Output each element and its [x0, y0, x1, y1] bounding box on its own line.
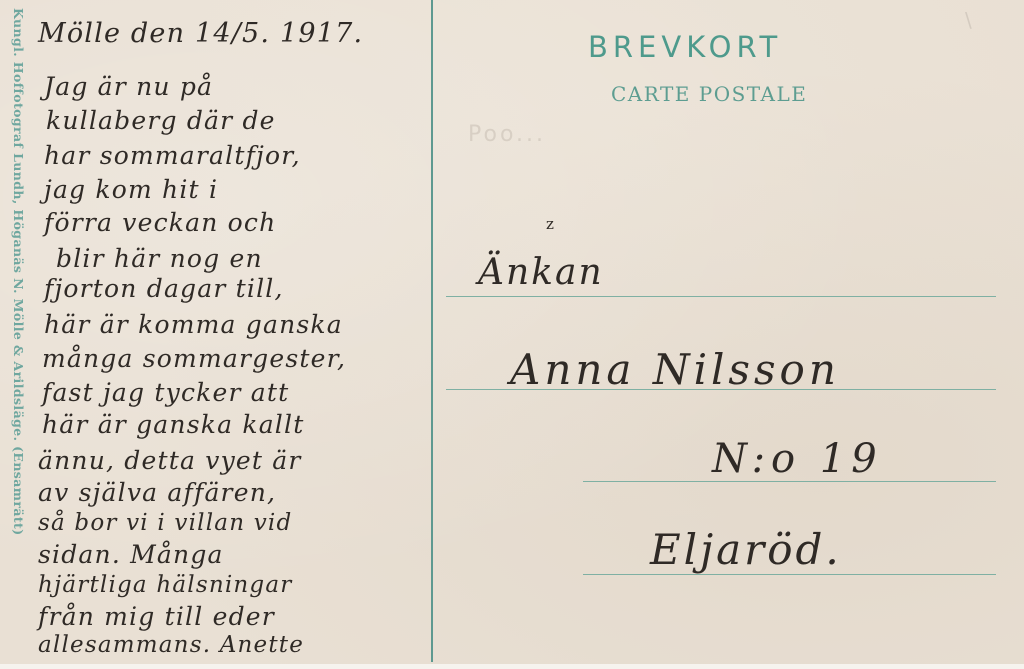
- message-line: så bor vi i villan vid: [38, 510, 292, 536]
- center-divider-line: [431, 0, 433, 662]
- address-line-2: Anna Nilsson: [510, 345, 840, 394]
- message-line: hjärtliga hälsningar: [38, 572, 292, 598]
- message-line: har sommaraltfjor,: [44, 141, 301, 170]
- message-line: här är komma ganska: [44, 310, 343, 339]
- message-line: här är ganska kallt: [42, 410, 304, 439]
- publisher-imprint: Kungl. Hoffotograf Lundh, Höganäs N. Möl…: [6, 8, 26, 648]
- address-line-1: Änkan: [478, 252, 604, 293]
- address-rule-1: [446, 296, 996, 297]
- address-rule-2: [446, 389, 996, 390]
- message-line: av själva affären,: [38, 478, 276, 507]
- message-signature-line: allesammans. Anette: [38, 632, 304, 658]
- postcard-back: Kungl. Hoffotograf Lundh, Höganäs N. Möl…: [0, 0, 1024, 666]
- message-line: från mig till eder: [38, 602, 275, 631]
- message-date-line: Mölle den 14/5. 1917.: [38, 18, 363, 49]
- message-line: jag kom hit i: [44, 175, 218, 204]
- corner-pencil-mark: \: [965, 8, 972, 32]
- address-superscript: z: [546, 215, 554, 233]
- message-line: förra veckan och: [44, 208, 276, 237]
- address-line-4: Eljaröd.: [650, 525, 842, 574]
- address-line-3: N:o 19: [712, 436, 883, 482]
- message-line: Jag är nu på: [44, 72, 213, 101]
- faint-pencil-note: Poo...: [468, 122, 546, 147]
- message-line: fast jag tycker att: [42, 378, 289, 407]
- message-line: många sommargester,: [42, 344, 346, 373]
- scan-border: [0, 664, 1024, 669]
- postcard-subtitle: CARTE POSTALE: [611, 82, 807, 106]
- postcard-title: BREVKORT: [588, 30, 868, 64]
- message-line: sidan. Många: [38, 540, 224, 569]
- message-line: kullaberg där de: [46, 106, 276, 135]
- address-rule-4: [583, 574, 996, 575]
- address-rule-3: [583, 481, 996, 482]
- message-line: ännu, detta vyet är: [38, 446, 302, 475]
- message-line: fjorton dagar till,: [44, 274, 284, 303]
- message-line: blir här nog en: [56, 244, 263, 273]
